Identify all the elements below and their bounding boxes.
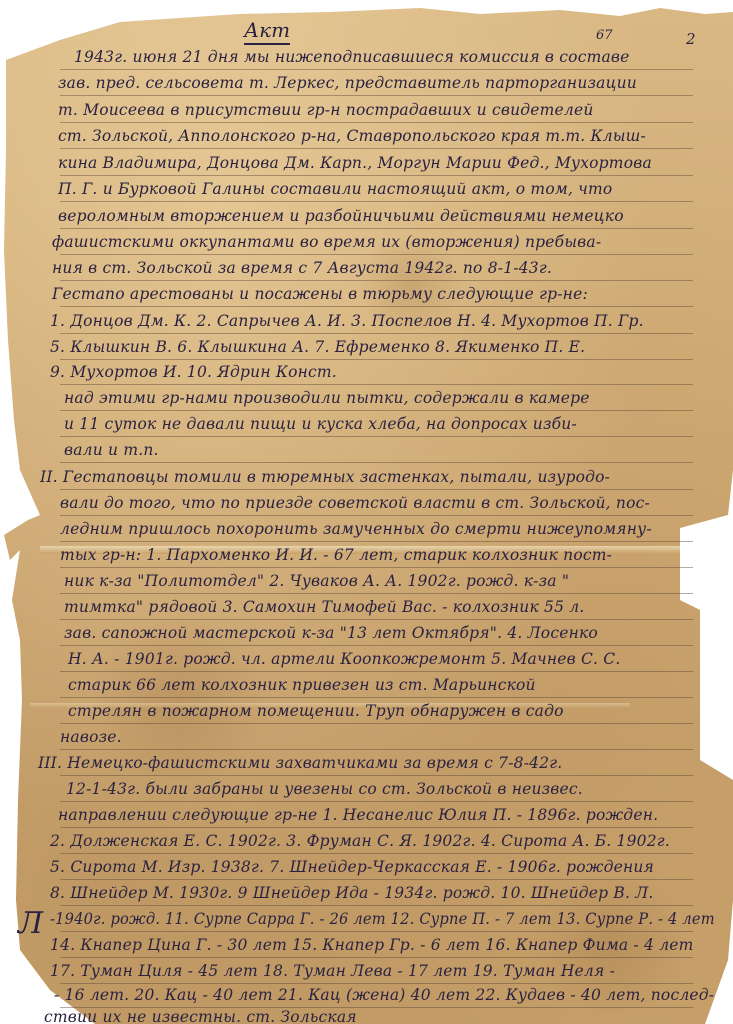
text-line: 1943г. июня 21 дня мы нижеподписавшиеся … xyxy=(74,48,630,66)
text-line: над этими гр-нами производили пытки, сод… xyxy=(64,389,590,407)
text-line: 14. Кнапер Цина Г. - 30 лет 15. Кнапер Г… xyxy=(50,936,694,954)
text-line: Н. А. - 1901г. рожд. чл. артели Коопкожр… xyxy=(68,650,620,668)
text-line: стрелян в пожарном помещении. Труп обнар… xyxy=(68,702,564,720)
text-line: -1940г. рожд. 11. Сурпе Сарра Г. - 26 ле… xyxy=(50,910,715,928)
text-line: - 16 лет. 20. Кац - 40 лет 21. Кац (жена… xyxy=(54,986,714,1004)
text-line: фашистскими оккупантами во время их (вто… xyxy=(52,233,601,251)
text-line: вали до того, что по приезде советской в… xyxy=(60,494,650,512)
text-line: Гестапо арестованы и посажены в тюрьму с… xyxy=(52,285,588,303)
text-line: т. Моисеева в присутствии гр-н пострадав… xyxy=(58,101,594,119)
text-line: ледним пришлось похоронить замученных до… xyxy=(60,520,652,538)
text-line: II. Гестаповцы томили в тюремных застенк… xyxy=(40,468,610,486)
text-line: 5. Сирота М. Изр. 1938г. 7. Шнейдер-Черк… xyxy=(50,858,654,876)
signature-line: ствии их не известны. ст. Зольская xyxy=(44,1008,357,1024)
text-line: ник к-за "Политотдел" 2. Чуваков А. А. 1… xyxy=(64,572,569,590)
text-line: 8. Шнейдер М. 1930г. 9 Шнейдер Ида - 193… xyxy=(50,884,654,902)
text-line: 17. Туман Циля - 45 лет 18. Туман Лева -… xyxy=(50,962,615,980)
text-line: вали и т.п. xyxy=(64,441,159,459)
text-line: 2. Долженская Е. С. 1902г. 3. Фруман С. … xyxy=(50,832,670,850)
text-line: и 11 суток не давали пищи и куска хлеба,… xyxy=(64,415,577,433)
text-line: вероломным вторжением и разбойничьими де… xyxy=(58,207,624,225)
text-line: 12-1-43г. были забраны и увезены со ст. … xyxy=(66,780,583,798)
text-line: 1. Донцов Дм. К. 2. Сапрычев А. И. 3. По… xyxy=(50,312,644,330)
text-line: тимтка" рядовой 3. Самохин Тимофей Вас. … xyxy=(64,598,585,616)
text-line: тых гр-н: 1. Пархоменко И. И. - 67 лет, … xyxy=(60,546,612,564)
page-number: 2 xyxy=(686,30,696,48)
text-line: старик 66 лет колхозник привезен из ст. … xyxy=(68,676,536,694)
text-line: зав. сапожной мастерской к-за "13 лет Ок… xyxy=(64,624,598,642)
text-line: ния в ст. Зольской за время с 7 Августа … xyxy=(52,259,552,277)
text-line: 5. Клышкин В. 6. Клышкина А. 7. Ефременк… xyxy=(50,338,585,356)
text-line: зав. пред. сельсовета т. Леркес, предста… xyxy=(58,74,637,92)
text-line: навозе. xyxy=(60,728,122,746)
document-title: Акт xyxy=(244,18,290,45)
text-line: III. Немецко-фашистскими захватчиками за… xyxy=(38,754,562,772)
text-line: П. Г. и Бурковой Галины составили настоя… xyxy=(58,180,612,198)
archive-number: 67 xyxy=(596,28,613,43)
text-line: кина Владимира, Донцова Дм. Карп., Моргу… xyxy=(58,154,652,172)
text-line: направлении следующие гр-не 1. Несанелис… xyxy=(58,806,658,824)
margin-mark: Л xyxy=(18,906,43,941)
text-line: ст. Зольской, Апполонского р-на, Ставроп… xyxy=(58,127,646,145)
text-line: 9. Мухортов И. 10. Ядрин Конст. xyxy=(50,363,337,381)
